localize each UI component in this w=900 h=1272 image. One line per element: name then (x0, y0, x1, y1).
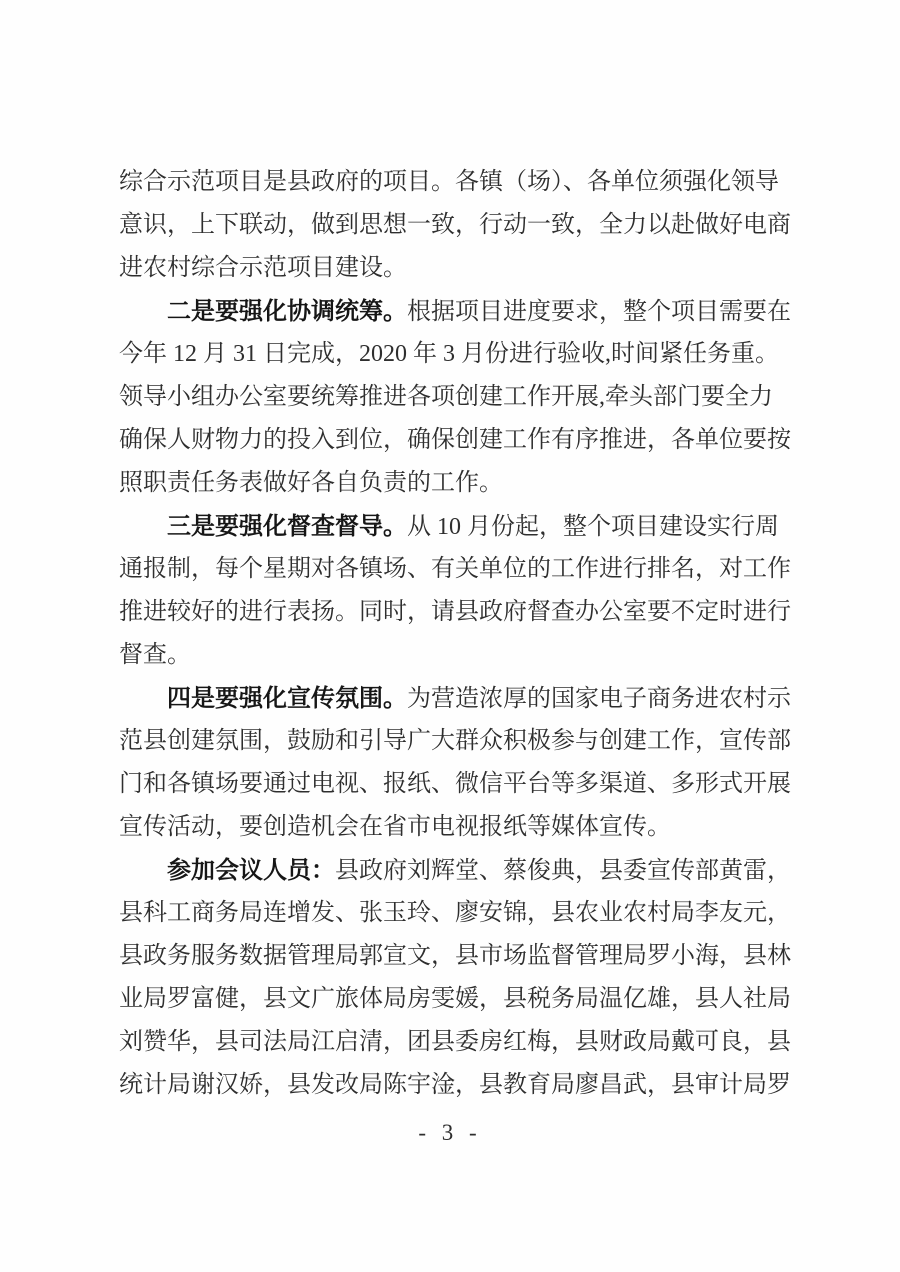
paragraph-lead: 二是要强化协调统筹。 (167, 298, 407, 325)
line-text: 通报制，每个星期对各镇场、有关单位的工作进行排名，对工作 (119, 556, 791, 582)
line-text: 综合示范项目是县政府的项目。各镇（场）、各单位须强化领导 (119, 169, 779, 195)
paragraph-lead: 四是要强化宣传氛围。 (167, 685, 407, 712)
page-number: - 3 - (0, 1118, 900, 1148)
text-line: 范县创建氛围，鼓励和引导广大群众积极参与创建工作，宣传部 (119, 720, 795, 763)
text-line: 县政务服务数据管理局郭宣文，县市场监督管理局罗小海，县林 (119, 935, 795, 978)
line-text: 照职责任务表做好各自负责的工作。 (119, 470, 503, 496)
line-text: 进农村综合示范项目建设。 (119, 255, 407, 281)
text-line: 二是要强化协调统筹。根据项目进度要求，整个项目需要在 (119, 290, 795, 333)
paragraph-lead: 三是要强化督查督导。 (167, 513, 407, 540)
line-text: 县科工商务局连增发、张玉玲、廖安锦，县农业农村局李友元， (119, 900, 791, 926)
line-text: 根据项目进度要求，整个项目需要在 (407, 299, 791, 325)
line-text: 门和各镇场要通过电视、报纸、微信平台等多渠道、多形式开展 (119, 771, 791, 797)
line-text: 督查。 (119, 642, 191, 668)
text-line: 督查。 (119, 634, 795, 677)
line-text: 宣传活动，要创造机会在省市电视报纸等媒体宣传。 (119, 814, 671, 840)
text-line: 照职责任务表做好各自负责的工作。 (119, 462, 795, 505)
text-line: 综合示范项目是县政府的项目。各镇（场）、各单位须强化领导 (119, 161, 795, 204)
text-line: 门和各镇场要通过电视、报纸、微信平台等多渠道、多形式开展 (119, 763, 795, 806)
line-text: 统计局谢汉娇，县发改局陈宇淦，县教育局廖昌武，县审计局罗 (119, 1072, 791, 1098)
line-text: 从 10 月份起，整个项目建设实行周 (407, 514, 779, 540)
paragraph-lead: 参加会议人员： (167, 857, 335, 884)
text-line: 确保人财物力的投入到位，确保创建工作有序推进，各单位要按 (119, 419, 795, 462)
text-line: 通报制，每个星期对各镇场、有关单位的工作进行排名，对工作 (119, 548, 795, 591)
text-line: 意识，上下联动，做到思想一致，行动一致，全力以赴做好电商 (119, 204, 795, 247)
line-text: 刘赞华，县司法局江启清，团县委房红梅，县财政局戴可良，县 (119, 1029, 791, 1055)
text-line: 今年 12 月 31 日完成，2020 年 3 月份进行验收,时间紧任务重。 (119, 333, 795, 376)
line-text: 为营造浓厚的国家电子商务进农村示 (407, 686, 791, 712)
text-line: 推进较好的进行表扬。同时，请县政府督查办公室要不定时进行 (119, 591, 795, 634)
line-text: 推进较好的进行表扬。同时，请县政府督查办公室要不定时进行 (119, 599, 791, 625)
text-line: 县科工商务局连增发、张玉玲、廖安锦，县农业农村局李友元， (119, 892, 795, 935)
text-line: 刘赞华，县司法局江启清，团县委房红梅，县财政局戴可良，县 (119, 1021, 795, 1064)
line-text: 意识，上下联动，做到思想一致，行动一致，全力以赴做好电商 (119, 212, 791, 238)
page-canvas: 综合示范项目是县政府的项目。各镇（场）、各单位须强化领导 意识，上下联动，做到思… (0, 0, 900, 1272)
text-line: 领导小组办公室要统筹推进各项创建工作开展,牵头部门要全力 (119, 376, 795, 419)
document-page: { "page": { "footer": "- 3 -" }, "docume… (0, 0, 900, 1272)
text-line: 统计局谢汉娇，县发改局陈宇淦，县教育局廖昌武，县审计局罗 (119, 1064, 795, 1107)
line-text: 范县创建氛围，鼓励和引导广大群众积极参与创建工作，宣传部 (119, 728, 791, 754)
line-text: 业局罗富健，县文广旅体局房雯媛，县税务局温亿雄，县人社局 (119, 986, 791, 1012)
text-line: 进农村综合示范项目建设。 (119, 247, 795, 290)
line-text: 确保人财物力的投入到位，确保创建工作有序推进，各单位要按 (119, 427, 791, 453)
line-text: 县政府刘辉堂、蔡俊典，县委宣传部黄雷， (335, 858, 791, 884)
text-line: 业局罗富健，县文广旅体局房雯媛，县税务局温亿雄，县人社局 (119, 978, 795, 1021)
line-text: 领导小组办公室要统筹推进各项创建工作开展,牵头部门要全力 (119, 384, 773, 410)
text-line: 宣传活动，要创造机会在省市电视报纸等媒体宣传。 (119, 806, 795, 849)
line-text: 今年 12 月 31 日完成，2020 年 3 月份进行验收,时间紧任务重。 (119, 341, 779, 367)
text-line: 三是要强化督查督导。从 10 月份起，整个项目建设实行周 (119, 505, 795, 548)
text-line: 四是要强化宣传氛围。为营造浓厚的国家电子商务进农村示 (119, 677, 795, 720)
text-line: 参加会议人员：县政府刘辉堂、蔡俊典，县委宣传部黄雷， (119, 849, 795, 892)
document-body: 综合示范项目是县政府的项目。各镇（场）、各单位须强化领导 意识，上下联动，做到思… (119, 161, 795, 1107)
line-text: 县政务服务数据管理局郭宣文，县市场监督管理局罗小海，县林 (119, 943, 791, 969)
